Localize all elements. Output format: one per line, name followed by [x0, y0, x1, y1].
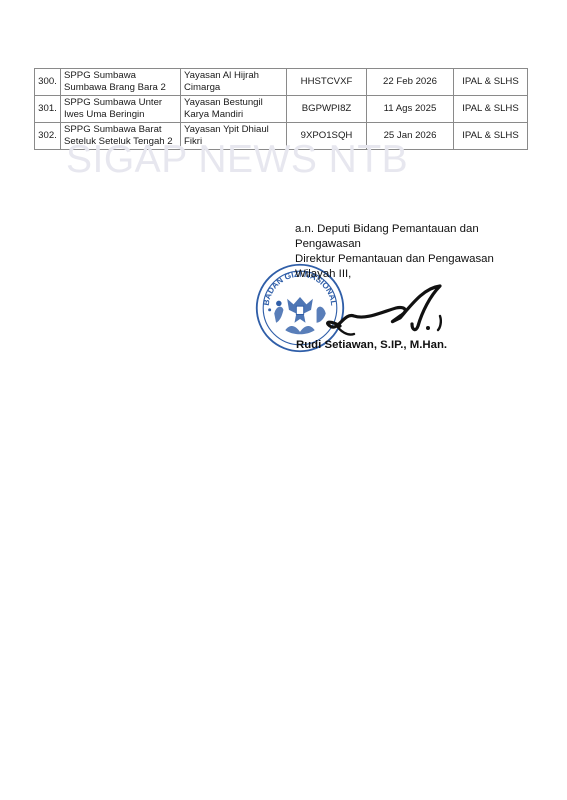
signature-line: Pengawasan — [295, 237, 525, 252]
yayasan-name: Yayasan Ypit Dhiaul Fikri — [181, 123, 287, 150]
row-number: 300. — [35, 69, 61, 96]
sppg-table: 300.SPPG Sumbawa Sumbawa Brang Bara 2Yay… — [34, 68, 528, 150]
yayasan-name: Yayasan Al Hijrah Cimarga — [181, 69, 287, 96]
signature-line: Wilayah III, — [295, 267, 525, 282]
yayasan-name: Yayasan Bestungil Karya Mandiri — [181, 96, 287, 123]
row-number: 302. — [35, 123, 61, 150]
document-type: IPAL & SLHS — [454, 123, 528, 150]
table-row: 301.SPPG Sumbawa Unter Iwes Uma Beringin… — [35, 96, 528, 123]
registration-code: HHSTCVXF — [287, 69, 367, 96]
signature-heading: a.n. Deputi Bidang Pemantauan dan Pengaw… — [295, 222, 525, 282]
date-cell: 22 Feb 2026 — [367, 69, 454, 96]
document-type: IPAL & SLHS — [454, 69, 528, 96]
signature-line: Direktur Pemantauan dan Pengawasan — [295, 252, 525, 267]
table-row: 302.SPPG Sumbawa Barat Seteluk Seteluk T… — [35, 123, 528, 150]
registration-code: 9XPO1SQH — [287, 123, 367, 150]
document-type: IPAL & SLHS — [454, 96, 528, 123]
signer-name: Rudi Setiawan, S.IP., M.Han. — [296, 339, 447, 351]
row-number: 301. — [35, 96, 61, 123]
sppg-name: SPPG Sumbawa Barat Seteluk Seteluk Tenga… — [61, 123, 181, 150]
date-cell: 11 Ags 2025 — [367, 96, 454, 123]
date-cell: 25 Jan 2026 — [367, 123, 454, 150]
sppg-name: SPPG Sumbawa Sumbawa Brang Bara 2 — [61, 69, 181, 96]
handwritten-signature-icon — [300, 282, 450, 342]
registration-code: BGPWPI8Z — [287, 96, 367, 123]
sppg-name: SPPG Sumbawa Unter Iwes Uma Beringin — [61, 96, 181, 123]
document-page: 300.SPPG Sumbawa Sumbawa Brang Bara 2Yay… — [0, 0, 567, 800]
signature-line: a.n. Deputi Bidang Pemantauan dan — [295, 222, 525, 237]
table-row: 300.SPPG Sumbawa Sumbawa Brang Bara 2Yay… — [35, 69, 528, 96]
